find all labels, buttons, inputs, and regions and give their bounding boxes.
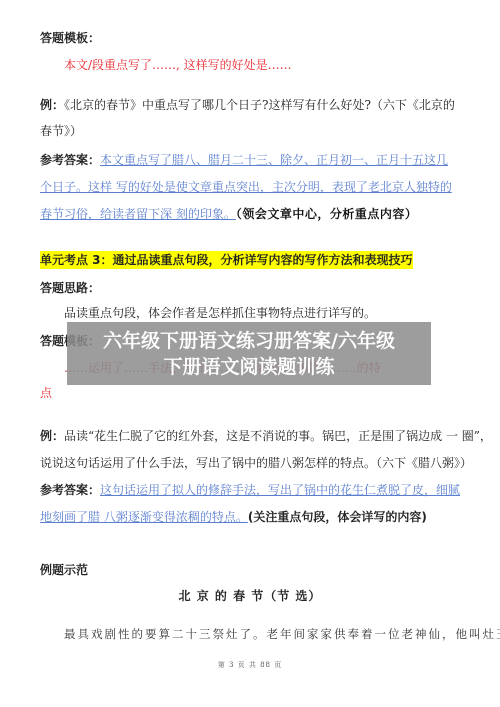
example-label-2: 例： [40,429,64,443]
answer-label-2: 参考答案： [40,483,100,497]
page-indicator: 第 3 页 共 88 页 [0,657,500,673]
banner-title-line-1: 六年级下册语文练习册答案/六年级 [103,328,395,354]
unit-exam-point: 单元考点 3：通过品读重点句段，分析详写内容的写作方法和表现技巧 [40,252,413,268]
approach-heading: 答题思路： [40,280,100,296]
example-question-1-cont: 春节》） [40,123,82,139]
answer-2-link-text[interactable]: 这句话运用了拟人的修辞手法，写出了锅中的花生仁煮脱了皮，细腻 [100,483,460,497]
reference-answer-1-end: 春节习俗，给读者留下深 刻的印象。（领会文章中心，分析重点内容） [40,206,417,222]
example-question-2-cont: 说说这句话运用了什么手法，写出了锅中的腊八粥怎样的特点。（六下《腊八粥》） [40,455,472,471]
answer-link-text-2[interactable]: 个日子。这样 写的好处是使文章重点突出，主次分明，表现了老北京人独特的 [40,179,452,195]
example-question-1: 例：《北京的春节》中重点写了哪几个日子?这样写有什么好处?（六下《北京的 [40,97,455,113]
template-text-2-cont: 点 [40,385,52,401]
approach-text: 品读重点句段，体会作者是怎样抓住事物特点进行详写的。 [64,305,376,321]
banner-title-line-2: 下册语文阅读题训练 [163,354,334,380]
template-heading: 答题模板： [40,30,100,46]
answer-link-text[interactable]: 本文重点写了腊八、腊月二十三、除夕、正月初一、正月十五这几 [100,153,448,167]
answer-2-note: (关注重点句段，体会详写的内容) [248,510,427,524]
reference-answer-2-end: 地刻画了腊 八粥逐渐变得浓稠的特点。(关注重点句段，体会详写的内容) [40,509,427,525]
answer-label: 参考答案： [40,153,100,167]
unit-exam-point-highlight: 单元考点 3：通过品读重点句段，分析详写内容的写作方法和表现技巧 [40,251,413,269]
example-text: 《北京的春节》中重点写了哪几个日子?这样写有什么好处?（六下《北京的 [64,98,455,112]
answer-note: （领会文章中心，分析重点内容） [236,207,418,221]
title-overlay-banner: 六年级下册语文练习册答案/六年级 下册语文阅读题训练 [67,322,431,385]
reference-answer-2: 参考答案：这句话运用了拟人的修辞手法，写出了锅中的花生仁煮脱了皮，细腻 [40,482,460,498]
passage-title: 北 京 的 春 节（节 选） [0,588,500,604]
template-text: 本文/段重点写了……, 这样写的好处是…… [64,57,292,73]
passage-text: 最具戏剧性的要算二十三祭灶了。老年间家家供奉着一位老神仙，他叫灶王 [64,626,500,642]
answer-2-link-text-2[interactable]: 地刻画了腊 八粥逐渐变得浓稠的特点。 [40,510,248,524]
example-label: 例： [40,98,64,112]
document-page: 答题模板： 本文/段重点写了……, 这样写的好处是…… 例：《北京的春节》中重点… [0,0,500,707]
answer-link-text-3[interactable]: 春节习俗，给读者留下深 刻的印象。 [40,207,236,221]
example-text-2: 品读“花生仁脱了它的红外套，这是不消说的事。锅巴，正是围了锅边成 一 圈”， [64,429,492,443]
example-question-2: 例：品读“花生仁脱了它的红外套，这是不消说的事。锅巴，正是围了锅边成 一 圈”， [40,428,492,444]
reference-answer-1: 参考答案：本文重点写了腊八、腊月二十三、除夕、正月初一、正月十五这几 [40,152,448,168]
example-demo-heading: 例题示范 [40,562,88,578]
